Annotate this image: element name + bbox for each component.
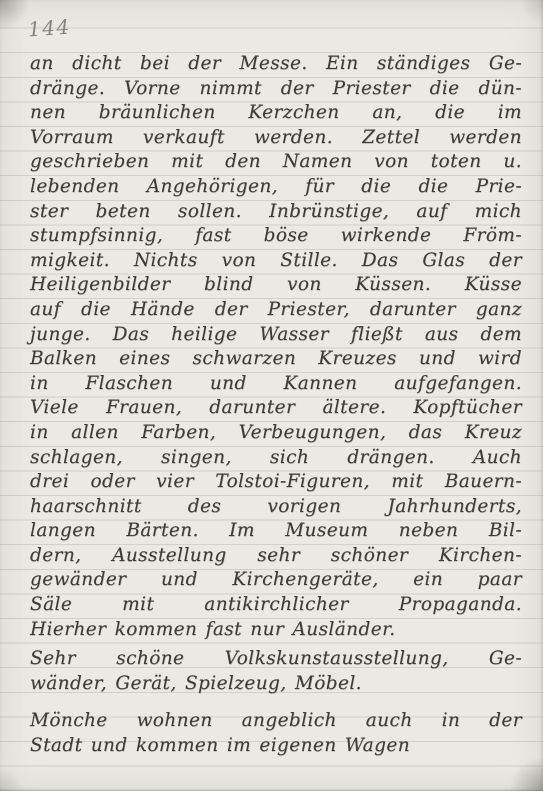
- text-line: Viele Frauen, darunter ältere. Kopftüche…: [30, 396, 522, 421]
- text-line: Mönche wohnen angeblich auch in der: [30, 709, 522, 734]
- text-line: Stadt und kommen im eigenen Wagen: [30, 734, 522, 759]
- text-line: langen Bärten. Im Museum neben Bil-: [30, 519, 522, 544]
- paragraph-church-visit: an dicht bei der Messe. Ein ständiges Ge…: [30, 52, 522, 642]
- text-line: in allen Farben, Verbeugungen, das Kreuz: [30, 421, 522, 446]
- paragraph-folk-art: Sehr schöne Volkskunstausstellung, Ge- w…: [30, 647, 522, 696]
- text-line: geschrieben mit den Namen von toten u.: [30, 150, 522, 175]
- text-line: ster beten sollen. Inbrünstige, auf mich: [30, 200, 522, 225]
- text-line: schlagen, singen, sich drängen. Auch: [30, 446, 522, 471]
- text-line: Hierher kommen fast nur Ausländer.: [30, 618, 522, 643]
- text-line: in Flaschen und Kannen aufgefangen.: [30, 372, 522, 397]
- manuscript-page: 144 an dicht bei der Messe. Ein ständige…: [0, 0, 543, 791]
- text-line: Sehr schöne Volkskunstausstellung, Ge-: [30, 647, 522, 672]
- text-line: Heiligenbilder blind von Küssen. Küsse: [30, 273, 522, 298]
- text-line: lebenden Angehörigen, für die die Prie-: [30, 175, 522, 200]
- text-line: dränge. Vorne nimmt der Priester die dün…: [30, 77, 522, 102]
- text-line: gewänder und Kirchengeräte, ein paar: [30, 568, 522, 593]
- text-line: Vorraum verkauft werden. Zettel werden: [30, 126, 522, 151]
- text-line: haarschnitt des vorigen Jahrhunderts,: [30, 495, 522, 520]
- page-number-annotation: 144: [27, 15, 71, 42]
- text-line: junge. Das heilige Wasser fließt aus dem: [30, 323, 522, 348]
- text-line: an dicht bei der Messe. Ein ständiges Ge…: [30, 52, 522, 77]
- paragraph-monks: Mönche wohnen angeblich auch in der Stad…: [30, 709, 522, 758]
- text-line: dern, Ausstellung sehr schöner Kirchen-: [30, 544, 522, 569]
- text-line: wänder, Gerät, Spielzeug, Möbel.: [30, 672, 522, 697]
- text-line: Balken eines schwarzen Kreuzes und wird: [30, 347, 522, 372]
- text-line: Säle mit antikirchlicher Propaganda.: [30, 593, 522, 618]
- text-line: nen bräunlichen Kerzchen an, die im: [30, 101, 522, 126]
- text-line: drei oder vier Tolstoi-Figuren, mit Baue…: [30, 470, 522, 495]
- text-line: auf die Hände der Priester, darunter gan…: [30, 298, 522, 323]
- text-line: migkeit. Nichts von Stille. Das Glas der: [30, 249, 522, 274]
- text-line: stumpfsinnig, fast böse wirkende Fröm-: [30, 224, 522, 249]
- handwritten-text: an dicht bei der Messe. Ein ständiges Ge…: [30, 52, 522, 759]
